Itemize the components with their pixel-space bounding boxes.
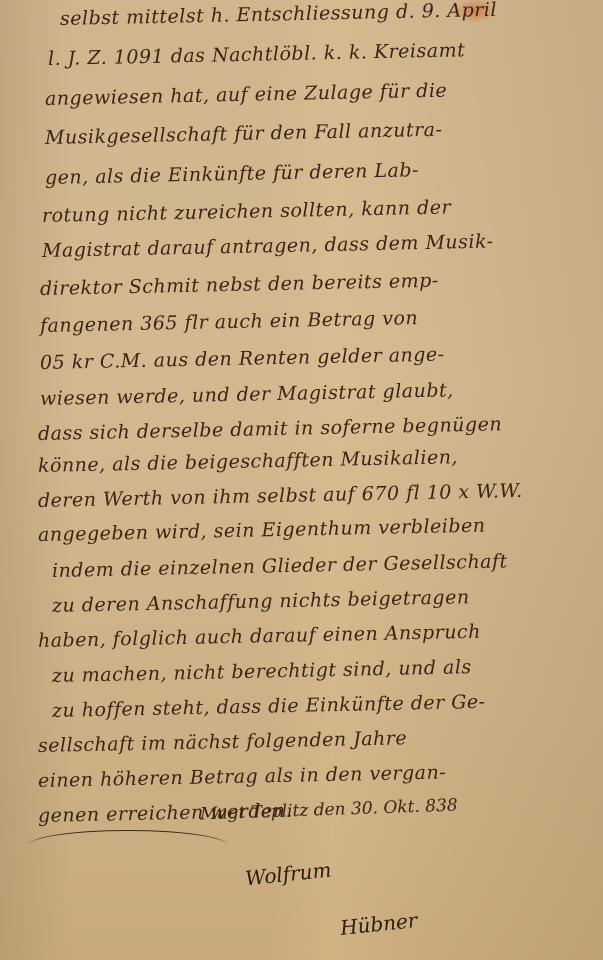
text-line: Musikgesellschaft für den Fall anzutra- bbox=[45, 119, 443, 149]
text-line: 05 kr C.M. aus den Renten gelder ange- bbox=[40, 344, 445, 374]
text-line: zu machen, nicht berechtigt sind, und al… bbox=[52, 656, 472, 687]
text-line: deren Werth von ihm selbst auf 670 fl 10… bbox=[38, 480, 523, 512]
text-line: könne, als die beigeschafften Musikalien… bbox=[38, 446, 458, 477]
text-line: angewiesen hat, auf eine Zulage für die bbox=[45, 80, 448, 110]
text-line: gen, als die Einkünfte für deren Lab- bbox=[45, 159, 419, 189]
signature-huebner: Hübner bbox=[339, 908, 418, 940]
text-line: haben, folglich auch darauf einen Anspru… bbox=[38, 621, 481, 652]
text-line: angegeben wird, sein Eigenthum verbleibe… bbox=[38, 515, 486, 546]
flourish-line bbox=[28, 830, 228, 861]
text-line: fangenen 365 flr auch ein Betrag von bbox=[40, 307, 419, 337]
text-line: direktor Schmit nebst den bereits emp- bbox=[40, 270, 439, 300]
signature-wolfrum: Wolfrum bbox=[244, 858, 332, 891]
text-line: einen höheren Betrag als in den vergan- bbox=[38, 761, 447, 792]
text-line: Magistrat darauf antragen, dass dem Musi… bbox=[42, 231, 494, 262]
text-line: l. J. Z. 1091 das Nachtlöbl. k. k. Kreis… bbox=[48, 39, 466, 70]
manuscript-page: selbst mittelst h. Entschliessung d. 9. … bbox=[0, 0, 603, 960]
text-line: selbst mittelst h. Entschliessung d. 9. … bbox=[60, 0, 497, 30]
text-line: dass sich derselbe damit in soferne begn… bbox=[38, 413, 503, 445]
text-line: indem die einzelnen Glieder der Gesellsc… bbox=[52, 550, 508, 582]
text-line: zu hoffen steht, dass die Einkünfte der … bbox=[52, 691, 486, 722]
text-line: sellschaft im nächst folgenden Jahre bbox=[38, 727, 408, 757]
text-line: wiesen werde, und der Magistrat glaubt, bbox=[40, 379, 454, 410]
text-line: rotung nicht zureichen sollten, kann der bbox=[42, 196, 452, 227]
text-line: zu deren Anschaffung nichts beigetragen bbox=[52, 586, 470, 617]
